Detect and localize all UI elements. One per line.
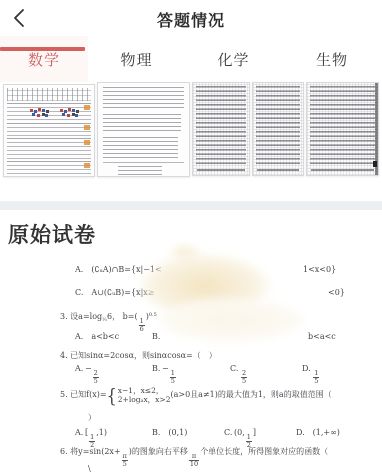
tab-biology-label: 生物: [316, 49, 348, 70]
original-paper-title: 原始试卷: [8, 219, 96, 249]
piecewise-cases: x−1，x≤2，2+logₐx，x>2: [118, 386, 171, 404]
tab-math[interactable]: 数学: [0, 36, 88, 82]
bubble-grid-texture: [7, 88, 91, 101]
footer-line: [311, 169, 374, 171]
divider-line: [103, 162, 184, 163]
tab-physics[interactable]: 物理: [88, 36, 185, 82]
q5-close-paren: ）: [88, 413, 96, 423]
tab-physics-label: 物理: [120, 49, 152, 70]
piecewise-brace: {: [107, 390, 117, 402]
question-4: 4. 已知sinα=2cosα，则sinαcosα=（ ）: [60, 351, 217, 361]
answer-sheet-thumbnails: [0, 81, 382, 181]
answer-section: [7, 161, 91, 177]
q4-option-d: D. 15: [302, 364, 320, 386]
q5-option-d: D. (1,+∞): [296, 428, 340, 438]
question-3: 3. 设a=log⅓6， b=(16)0.5: [60, 310, 157, 334]
privacy-blur-blob: [168, 244, 202, 260]
footer-line: [257, 169, 299, 171]
handwriting-texture: [310, 86, 375, 165]
q3-option-b: B.: [152, 332, 160, 342]
q3-pre: 3. 设a=log: [60, 312, 102, 321]
q3-option-d: b<a<c: [308, 332, 336, 342]
stray-mark: \: [88, 464, 91, 474]
score-mark: [84, 140, 90, 145]
handwriting-texture: [103, 114, 181, 132]
thumbnail-handwritten-page[interactable]: [97, 82, 190, 177]
active-tab-indicator: [0, 47, 85, 51]
thumbnail-grid-sheet-3[interactable]: [306, 82, 379, 176]
footer-line: [197, 169, 245, 171]
thumbnail-grid-sheet-2[interactable]: [252, 82, 304, 176]
page-title: 答题情况: [0, 8, 382, 31]
privacy-blur-blob: [158, 298, 304, 342]
original-exam-scan[interactable]: A. (∁ᵤA)∩B={x|−1< 1<x<0} C. A∪(∁ᵤB)={x|x…: [0, 250, 382, 475]
answer-section: [7, 103, 91, 121]
ink-blot: [373, 161, 377, 167]
handwriting-texture: [103, 87, 184, 109]
thumbnail-answer-card[interactable]: [3, 84, 95, 177]
thumbnail-grid-sheet-1[interactable]: [192, 82, 250, 176]
q2-option-c-right: <0}: [328, 288, 345, 298]
q4-option-a: A. −25: [75, 364, 100, 386]
answer-status-screen: 答题情况 数学 物理 化学 生物: [0, 0, 382, 475]
fraction: 25: [93, 370, 99, 386]
q2-option-a-right: 1<x<0}: [303, 265, 336, 275]
score-mark: [84, 105, 90, 110]
score-mark: [84, 163, 90, 168]
subject-tabs: 数学 物理 化学 生物: [0, 36, 382, 82]
fraction: π5: [122, 453, 128, 469]
question-5: 5. 已知f(x)={x−1，x≤2，2+logₐx，x>2(a>0且a≠1)的…: [60, 386, 332, 404]
handwriting-texture: [118, 166, 163, 177]
tab-chemistry[interactable]: 化学: [185, 36, 282, 82]
q3-mid: 6， b=(: [107, 312, 138, 321]
q3-option-a: A. a<b<c: [75, 332, 119, 342]
header: 答题情况: [0, 0, 382, 36]
q5-option-b: B. (0,1): [152, 428, 187, 438]
answer-section: [7, 123, 91, 136]
fraction: π10: [189, 453, 199, 469]
handwriting-texture: [196, 86, 246, 165]
q3-fraction: 16: [139, 318, 145, 334]
handwriting-texture: [103, 137, 178, 158]
tab-chemistry-label: 化学: [217, 49, 249, 70]
answer-section: [7, 138, 91, 159]
q4-option-c: C. 25: [230, 364, 248, 386]
fraction: 15: [313, 370, 319, 386]
section-divider: [0, 201, 382, 210]
tab-math-label: 数学: [28, 49, 60, 70]
handwriting-texture: [256, 86, 300, 165]
tab-biology[interactable]: 生物: [282, 36, 382, 82]
question-6: 6. 将y=sin(2x+π5)的图象向右平移π10个单位长度，所得图象对应的函…: [60, 447, 328, 469]
score-mark: [84, 125, 90, 130]
fraction: 25: [241, 370, 247, 386]
q4-option-b: B. −15: [152, 364, 177, 386]
q3-exponent: 0.5: [149, 312, 157, 318]
fraction: 15: [170, 370, 176, 386]
